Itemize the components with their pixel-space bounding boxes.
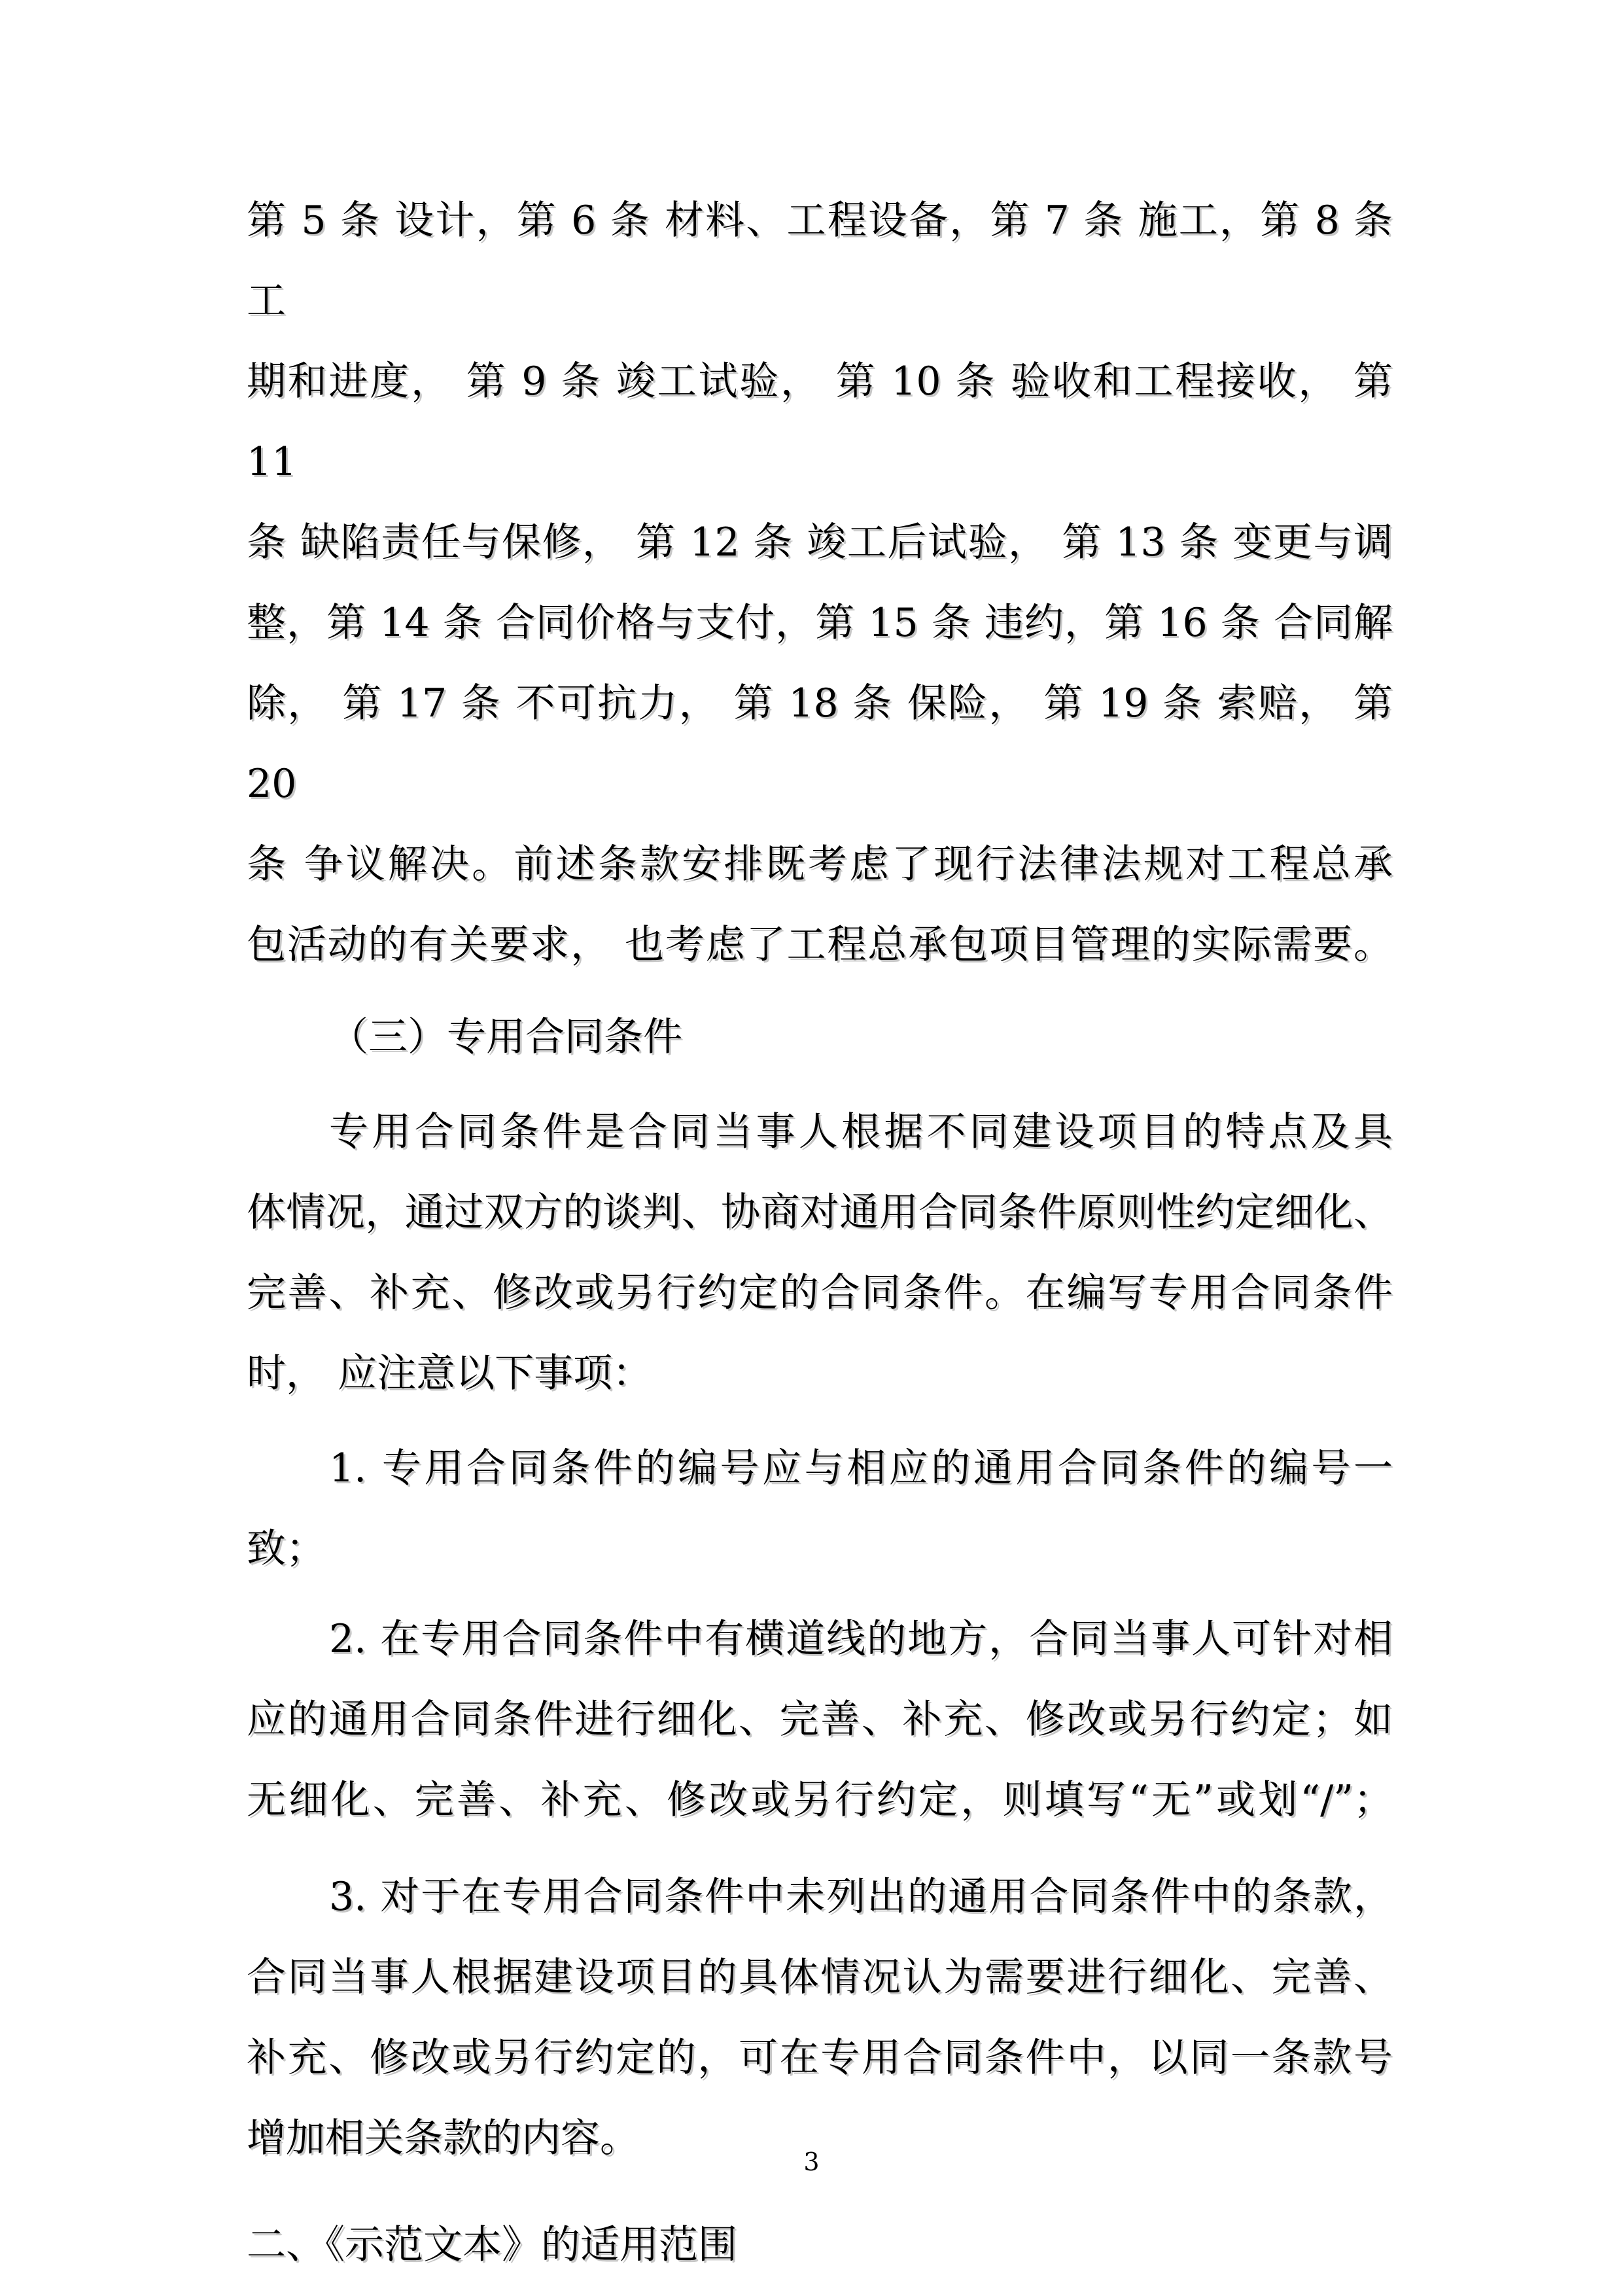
section-heading-2: 二、《示范文本》的适用范围 [247, 2205, 1393, 2286]
text-line: 包活动的有关要求， 也考虑了工程总承包项目管理的实际需要。 [247, 905, 1393, 985]
text-line: 合同当事人根据建设项目的具体情况认为需要进行细化、完善、 [247, 1937, 1393, 2018]
text-line: 第 5 条 设计，第 6 条 材料、工程设备，第 7 条 施工，第 8 条 工 [247, 181, 1393, 342]
text-line: 条 争议解决。前述条款安排既考虑了现行法律法规对工程总承 [247, 824, 1393, 905]
section-heading-3: （三）专用合同条件 [247, 997, 1393, 1078]
document-page: 第 5 条 设计，第 6 条 材料、工程设备，第 7 条 施工，第 8 条 工 … [0, 0, 1623, 2296]
text-line: 体情况，通过双方的谈判、协商对通用合同条件原则性约定细化、 [247, 1173, 1393, 1253]
text-line: 完善、补充、修改或另行约定的合同条件。在编写专用合同条件 [247, 1253, 1393, 1333]
text-line: 专用合同条件是合同当事人根据不同建设项目的特点及具 [247, 1092, 1393, 1173]
text-line: 时， 应注意以下事项： [247, 1333, 1393, 1414]
text-line: 应的通用合同条件进行细化、完善、补充、修改或另行约定；如 [247, 1680, 1393, 1760]
text-line: 除， 第 17 条 不可抗力， 第 18 条 保险， 第 19 条 索赔， 第 … [247, 663, 1393, 824]
text-line: 无细化、完善、补充、修改或另行约定，则填写“无”或划“/”； [247, 1760, 1393, 1841]
text-line: 期和进度， 第 9 条 竣工试验， 第 10 条 验收和工程接收， 第 11 [247, 342, 1393, 503]
list-item-2: 2. 在专用合同条件中有横道线的地方，合同当事人可针对相 [247, 1599, 1393, 1680]
text-line: 整，第 14 条 合同价格与支付，第 15 条 违约，第 16 条 合同解 [247, 583, 1393, 663]
list-item-3: 3. 对于在专用合同条件中未列出的通用合同条件中的条款， [247, 1857, 1393, 1937]
text-line: 致； [247, 1509, 1393, 1589]
list-item-1: 1. 专用合同条件的编号应与相应的通用合同条件的编号一 [247, 1428, 1393, 1509]
text-line: 补充、修改或另行约定的，可在专用合同条件中，以同一条款号 [247, 2018, 1393, 2098]
text-line: 条 缺陷责任与保修， 第 12 条 竣工后试验， 第 13 条 变更与调 [247, 503, 1393, 583]
document-body: 第 5 条 设计，第 6 条 材料、工程设备，第 7 条 施工，第 8 条 工 … [247, 181, 1393, 2286]
page-number: 3 [0, 2147, 1623, 2176]
